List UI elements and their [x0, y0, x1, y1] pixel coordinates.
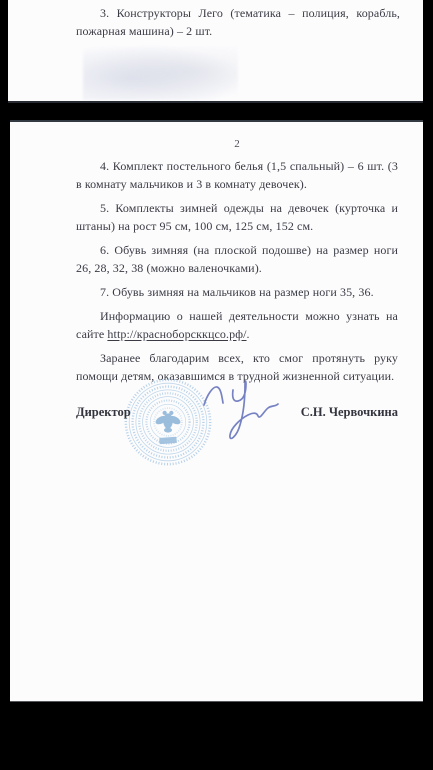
list-item-6: 6. Обувь зимняя (на плоской подошве) на …	[76, 241, 398, 277]
list-item-7: 7. Обувь зимняя на мальчиков на размер н…	[76, 283, 398, 301]
signer-role: Директор	[76, 405, 131, 420]
signature-block: Директор С.Н. Червочкина	[76, 391, 398, 503]
website-link: http://красноборсккцсо.рф/	[107, 327, 246, 341]
list-item-4: 4. Комплект постельного белья (1,5 спаль…	[76, 157, 398, 193]
handwritten-signature	[190, 367, 302, 459]
list-item-3: 3. Конструкторы Лего (тематика – полиция…	[76, 4, 400, 40]
document-page-2: 2 4. Комплект постельного белья (1,5 спа…	[10, 120, 423, 702]
info-suffix: .	[247, 327, 250, 341]
info-paragraph: Информацию о нашей деятельности можно уз…	[76, 307, 398, 343]
document-page-1: 3. Конструкторы Лего (тематика – полиция…	[8, 0, 423, 103]
scanned-document-view: 3. Конструкторы Лего (тематика – полиция…	[0, 0, 433, 770]
stamp-eagle-emblem	[154, 411, 182, 444]
signer-name: С.Н. Червочкина	[301, 405, 398, 420]
page-number: 2	[76, 137, 398, 151]
list-item-5: 5. Комплекты зимней одежды на девочек (к…	[76, 199, 398, 235]
faint-stamp-ghost	[83, 46, 238, 100]
